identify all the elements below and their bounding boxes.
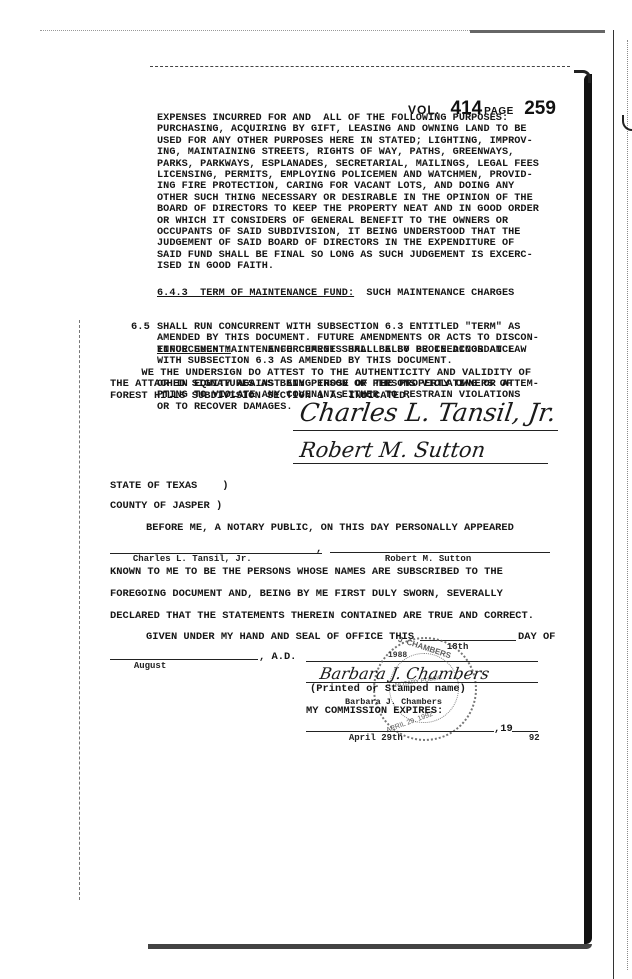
ad-label: , A.D. xyxy=(259,651,296,663)
county-line: COUNTY OF JASPER ) xyxy=(110,500,222,512)
month-field: August xyxy=(110,648,258,660)
expires-year-prefix: ,19 xyxy=(494,723,513,735)
scan-left-margin-dots xyxy=(79,320,82,900)
signature-robert-sutton: Robert M. Sutton xyxy=(298,438,487,462)
printed-name-label: (Printed or Stamped name) xyxy=(310,683,466,695)
scan-header-rule xyxy=(150,66,570,67)
section-6-5-heading: ENFORCEMENT: xyxy=(157,344,231,356)
expires-year-field: 92 xyxy=(512,720,538,732)
maintenance-purposes-paragraph: EXPENSES INCURRED FOR AND ALL OF THE FOL… xyxy=(157,113,539,273)
appeared-name-1-field: Charles L. Tansil, Jr. xyxy=(110,541,322,554)
given-under-line: GIVEN UNDER MY HAND AND SEAL OF OFFICE T… xyxy=(146,631,414,643)
scan-right-curl xyxy=(622,115,632,131)
document-border-corner-top xyxy=(574,70,591,83)
month-value: August xyxy=(134,661,166,671)
known-line-2: FOREGOING DOCUMENT AND, BEING BY ME FIRS… xyxy=(110,588,503,600)
day-of-label: DAY OF xyxy=(518,631,555,643)
section-6-5-number: 6.5 xyxy=(131,322,150,333)
seal-year: 1988 xyxy=(388,651,407,660)
document-border-bottom xyxy=(148,944,592,949)
section-6-4-3-first-line: SUCH MAINTENANCE CHARGES xyxy=(354,287,514,299)
scan-right-margin-dots xyxy=(627,40,629,970)
section-6-5-first-line: ENFORCEMENT SHALL BE BY PROCEEDINGS AT L… xyxy=(231,344,527,356)
signature-line-2 xyxy=(293,463,548,464)
signature-line-1 xyxy=(293,430,558,431)
expires-year-value: 92 xyxy=(529,733,540,743)
body-paragraph-line: ING, MAINTAINING STREETS, RIGHTS OF WAY,… xyxy=(157,147,539,158)
commission-expires-label: MY COMMISSION EXPIRES: xyxy=(306,705,443,717)
appeared-comma: , xyxy=(316,543,322,555)
section-6-4-3-heading: 6.4.3 TERM OF MAINTENANCE FUND: xyxy=(157,287,354,299)
known-line-1: KNOWN TO ME TO BE THE PERSONS WHOSE NAME… xyxy=(110,566,503,578)
state-line: STATE OF TEXAS ) xyxy=(110,480,228,492)
notary-signature: Barbara J. Chambers xyxy=(318,664,491,683)
expires-date-value: April 29th xyxy=(349,733,403,743)
scan-right-edge-line xyxy=(613,30,614,979)
appeared-name-2-field: Robert M. Sutton xyxy=(330,541,550,553)
appeared-name-2: Robert M. Sutton xyxy=(385,554,471,564)
known-line-3: DECLARED THAT THE STATEMENTS THEREIN CON… xyxy=(110,610,534,622)
body-paragraph-line: BOARD OF DIRECTORS TO KEEP THE PROPERTY … xyxy=(157,204,539,215)
before-me-line: BEFORE ME, A NOTARY PUBLIC, ON THIS DAY … xyxy=(146,522,514,534)
signature-charles-tansil: Charles L. Tansil, Jr. xyxy=(298,398,558,427)
expires-date-field: April 29th xyxy=(306,720,494,732)
scan-top-mark xyxy=(470,30,605,33)
document-border-right xyxy=(584,74,592,944)
scan-top-edge xyxy=(40,30,470,31)
appeared-name-1: Charles L. Tansil, Jr. xyxy=(133,554,252,564)
